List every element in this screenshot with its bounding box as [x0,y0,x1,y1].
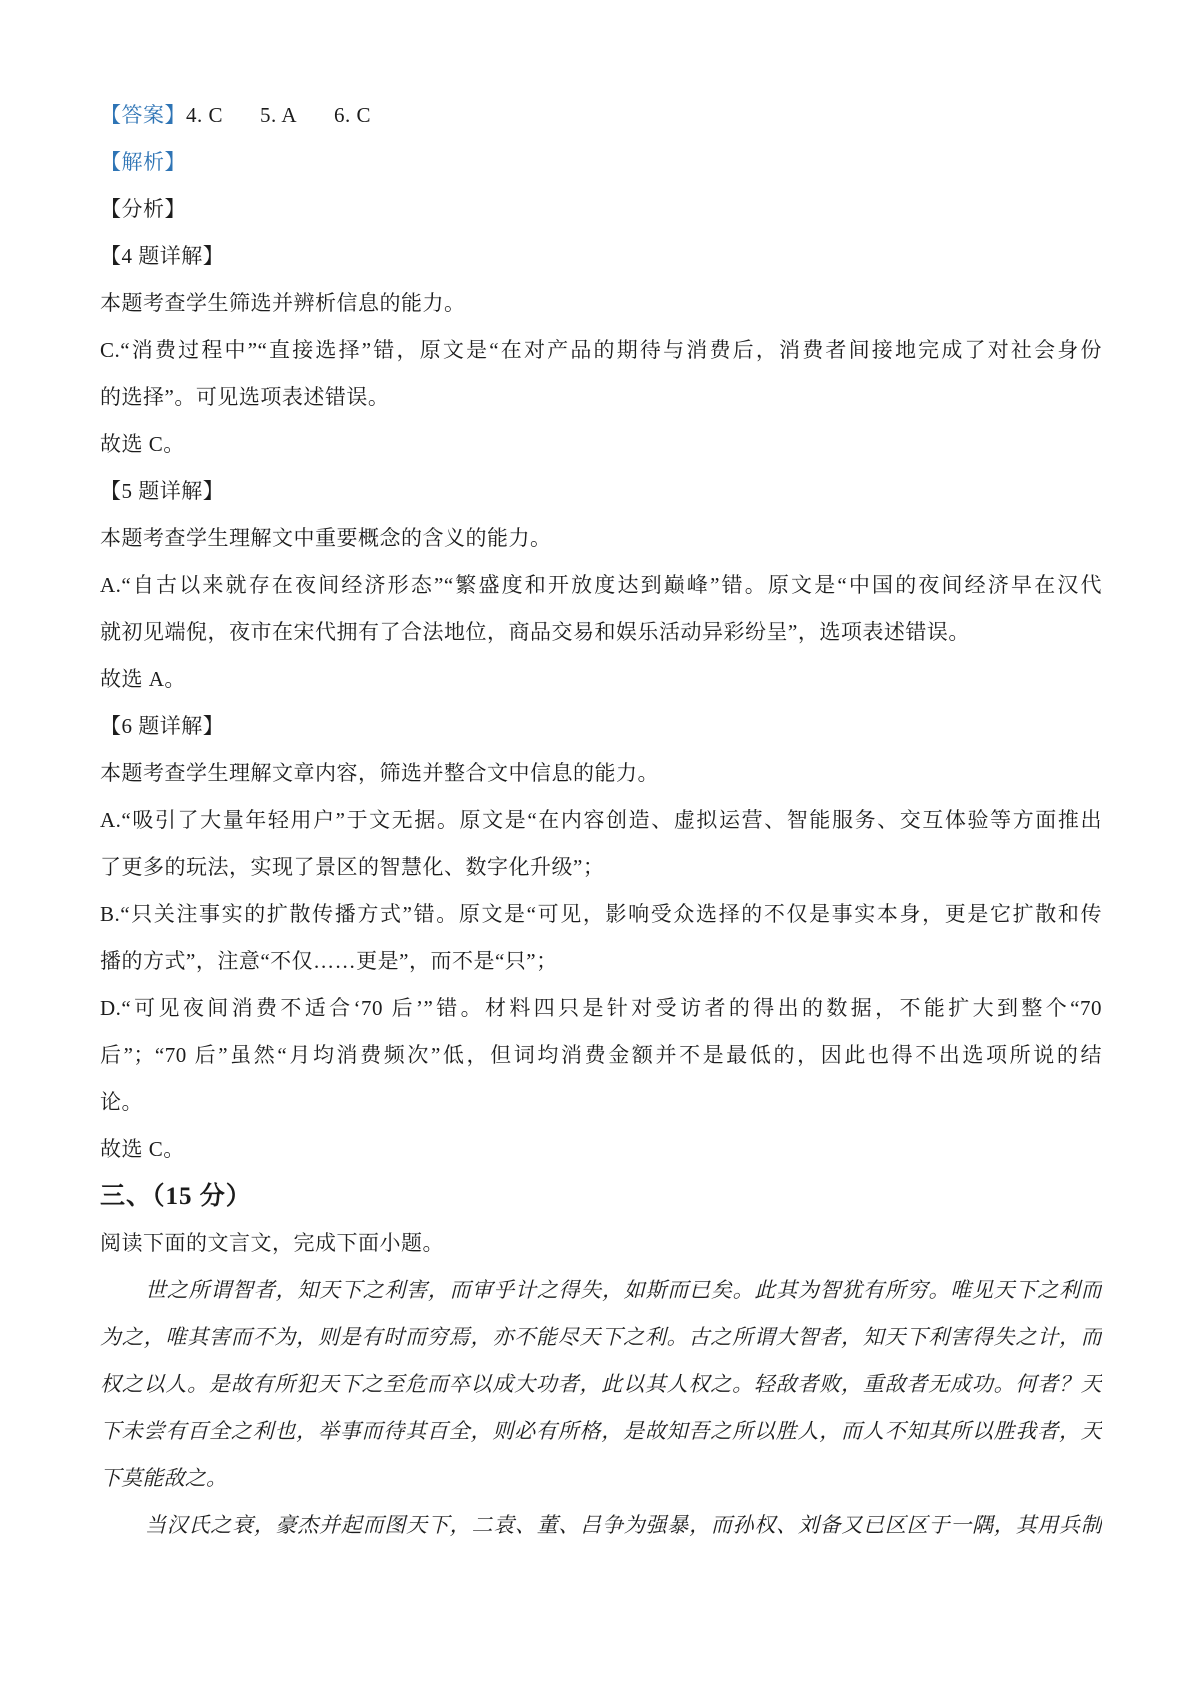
classical-text-line-6: 当汉氏之衰，豪杰并起而图天下，二袁、董、吕争为强暴，而孙权、刘备又已区区于一隅，… [100,1502,1102,1549]
section-three-heading: 三、（15 分） [100,1173,1102,1220]
fenxi-label: 【分析】 [100,186,1102,233]
classical-text-line-1: 世之所谓智者，知天下之利害，而审乎计之得失，如斯而已矣。此其为智犹有所穷。唯见天… [100,1267,1102,1314]
q6-detail-label: 【6 题详解】 [100,703,1102,750]
q5-option-a-line-1: A.“自古以来就存在夜间经济形态”“繁盛度和开放度达到巅峰”错。原文是“中国的夜… [100,562,1102,609]
reading-instruction-line: 阅读下面的文言文，完成下面小题。 [100,1220,1102,1267]
answer-label: 【答案】 [100,103,186,127]
q6-conclusion-line: 故选 C。 [100,1126,1102,1173]
document-page: 【答案】4. C5. A6. C 【解析】 【分析】 【4 题详解】 本题考查学… [0,0,1200,1698]
answer-item-4: 4. C [186,103,223,127]
answer-item-6: 6. C [334,103,371,127]
q5-option-a-line-2: 就初见端倪，夜市在宋代拥有了合法地位，商品交易和娱乐活动异彩纷呈”，选项表述错误… [100,609,1102,656]
answer-line: 【答案】4. C5. A6. C [100,92,1102,139]
classical-text-line-3: 权之以人。是故有所犯天下之至危而卒以成大功者，此以其人权之。轻敌者败，重敌者无成… [100,1361,1102,1408]
q6-option-d-line-3: 论。 [100,1079,1102,1126]
q6-option-a-line-2: 了更多的玩法，实现了景区的智慧化、数字化升级”； [100,844,1102,891]
q6-ability-line: 本题考查学生理解文章内容，筛选并整合文中信息的能力。 [100,750,1102,797]
q6-option-d-line-1: D.“可见夜间消费不适合‘70 后’”错。材料四只是针对受访者的得出的数据，不能… [100,985,1102,1032]
q6-option-d-line-2: 后”；“70 后”虽然“月均消费频次”低，但词均消费金额并不是最低的，因此也得不… [100,1032,1102,1079]
classical-text-line-2: 为之，唯其害而不为，则是有时而穷焉，亦不能尽天下之利。古之所谓大智者，知天下利害… [100,1314,1102,1361]
q5-detail-label: 【5 题详解】 [100,468,1102,515]
q4-ability-line: 本题考查学生筛选并辨析信息的能力。 [100,280,1102,327]
jiexi-label: 【解析】 [100,139,1102,186]
q6-option-b-line-1: B.“只关注事实的扩散传播方式”错。原文是“可见，影响受众选择的不仅是事实本身，… [100,891,1102,938]
q4-option-c-line-2: 的选择”。可见选项表述错误。 [100,374,1102,421]
q6-option-b-line-2: 播的方式”，注意“不仅……更是”，而不是“只”； [100,938,1102,985]
classical-text-line-4: 下未尝有百全之利也，举事而待其百全，则必有所格，是故知吾之所以胜人，而人不知其所… [100,1408,1102,1455]
q4-detail-label: 【4 题详解】 [100,233,1102,280]
classical-text-line-5: 下莫能敌之。 [100,1455,1102,1502]
document-content: 【答案】4. C5. A6. C 【解析】 【分析】 【4 题详解】 本题考查学… [100,92,1102,1549]
q5-ability-line: 本题考查学生理解文中重要概念的含义的能力。 [100,515,1102,562]
q4-conclusion-line: 故选 C。 [100,421,1102,468]
q4-option-c-line-1: C.“消费过程中”“直接选择”错，原文是“在对产品的期待与消费后，消费者间接地完… [100,327,1102,374]
q6-option-a-line-1: A.“吸引了大量年轻用户”于文无据。原文是“在内容创造、虚拟运营、智能服务、交互… [100,797,1102,844]
answer-item-5: 5. A [260,103,297,127]
q5-conclusion-line: 故选 A。 [100,656,1102,703]
